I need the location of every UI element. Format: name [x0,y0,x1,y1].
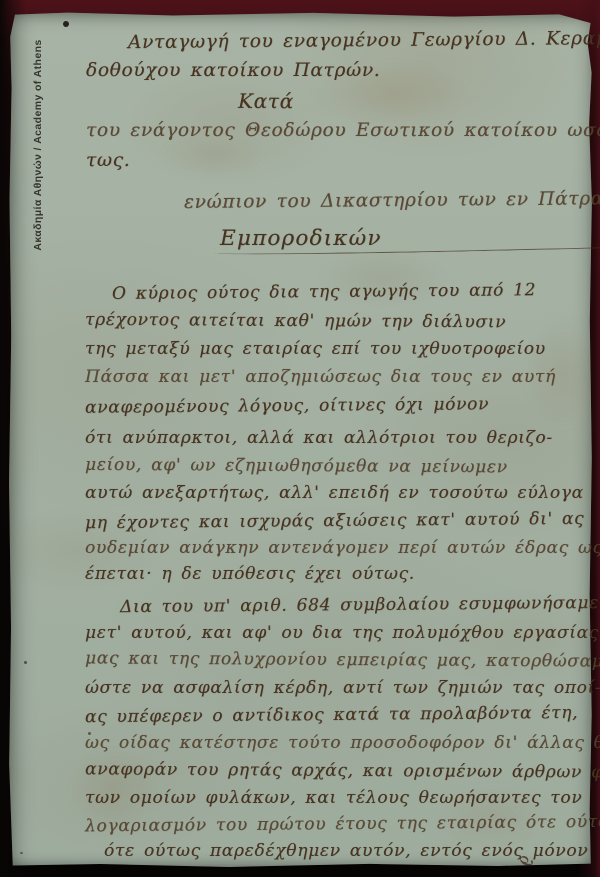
manuscript-line: ώστε να ασφαλίση κέρδη, αντί των ζημιών … [85,677,600,699]
manuscript-line: τως. [86,150,130,172]
manuscript-line: της μεταξύ μας εταιρίας επί του ιχθυοτρο… [85,338,546,360]
manuscript-line: ας υπέφερεν ο αντίδικος κατά τα προλαβόν… [85,702,578,728]
manuscript-line: ενώπιον του Δικαστηρίου των εν Πάτραις [184,188,600,214]
manuscript-line: μη έχοντες και ισχυράς αξιώσεις κατ' αυτ… [85,508,585,534]
manuscript-line: Κατά [238,90,294,112]
manuscript-line: έπεται· η δε υπόθεσις έχει ούτως. [85,563,415,585]
manuscript-line: του ενάγοντος Θεοδώρου Εσωτικού κατοίκου… [86,120,600,142]
manuscript-line: λογαριασμόν του πρώτου έτους της εταιρία… [85,811,600,838]
manuscript-line: μείου, αφ' ων εζημιωθησόμεθα να μείνωμεν [85,454,508,479]
punch-hole [63,21,69,27]
manuscript-line: Δια του υπ' αριθ. 684 συμβολαίου εσυμφων… [120,592,600,618]
manuscript-line: δοθούχου κατοίκου Πατρών. [86,60,380,82]
manuscript-line: αυτώ ανεξαρτήτως, αλλ' επειδή εν τοσούτω… [85,482,584,504]
manuscript-line: Ο κύριος ούτος δια της αγωγής του από 12 [112,279,536,305]
manuscript-line: αναφερομένους λόγους, οίτινες όχι μόνον [85,393,489,419]
manuscript-line: Πάσσα και μετ' αποζημιώσεως δια τους εν … [85,366,556,388]
manuscript-line: τρέχοντος αιτείται καθ' ημών την διάλυσι… [85,309,506,334]
manuscript-line: Εμποροδικών [220,228,600,250]
manuscript-line: ότι ανύπαρκτοι, αλλά και αλλότριοι του θ… [85,427,553,449]
manuscript-line: ως οίδας κατέστησε τούτο προσοδοφόρον δι… [85,732,600,754]
manuscript-line: ουδεμίαν ανάγκην αντενάγομεν περί αυτών … [85,537,600,559]
manuscript-line: μετ' αυτού, και αφ' ου δια της πολυμόχθο… [85,622,599,644]
archive-watermark: Ακαδημία Αθηνών / Academy of Athens [33,39,44,250]
manuscript-line: των ομοίων φυλάκων, και τέλους θεωρήσαντ… [85,787,582,809]
manuscript-line: Ανταγωγή του εναγομένου Γεωργίου Δ. Κερα… [128,28,600,54]
manuscript-line: μας και της πολυχρονίου εμπειρίας μας, κ… [85,647,600,672]
manuscript-line: αναφοράν του ρητάς αρχάς, και ορισμένων … [85,758,600,783]
